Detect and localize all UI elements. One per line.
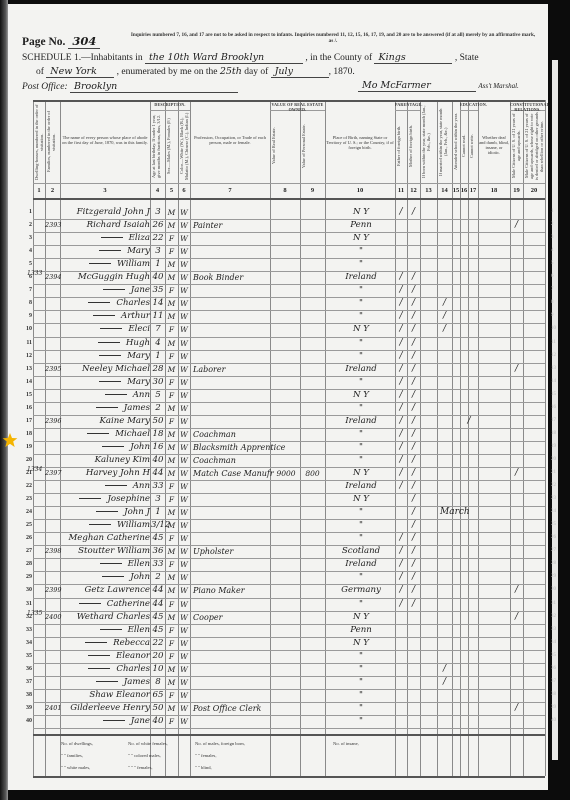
month-value: July [271,66,329,78]
dwelling-number: 1334 [27,463,42,476]
color: W [178,219,190,232]
table-row: 88Charles14MW"/// [0,297,570,310]
line-number-right: 29 [551,574,556,579]
line-number: 40 [18,718,32,724]
column-number-19: 19 [510,187,523,194]
birthplace: " [327,571,395,584]
line-number: 16 [18,405,32,411]
birthplace: " [327,284,395,297]
mark-mother-foreign: / [407,337,420,350]
person-name: Charles [62,297,150,310]
occupation: Coachman [193,454,273,467]
mark-father-foreign: / [395,415,407,428]
line-number-right: 28 [551,561,556,566]
ditto-dash [87,433,109,434]
table-row: 55William1MW" [0,258,570,271]
family-number: 2398 [45,545,62,558]
birthplace: " [327,310,395,323]
person-name: Harvey John H [62,467,150,480]
column-number-4: 4 [150,187,165,194]
table-row: 2929John2MW"// [0,571,570,584]
year-value: , 1870. [329,67,355,77]
column-number-5: 5 [165,187,178,194]
line-number-right: 23 [551,496,556,501]
ditto-dash [79,498,101,499]
person-name-text: Jane [131,285,150,295]
post-office-label: Post Office: [22,82,68,92]
mark-c19: / [510,584,523,597]
mark-mother-foreign: / [407,545,420,558]
age: 22 [151,637,165,650]
color: W [178,663,190,676]
column-header-8: Value of Real Estate. [271,112,299,180]
table-row: 2828Ellen33FWIreland// [0,558,570,571]
color: W [178,571,190,584]
mark-c19: / [510,467,523,480]
mark-c15: / [437,676,452,689]
ditto-dash [103,289,125,290]
table-row: 3737James8MW"/ [0,676,570,689]
occupation: Laborer [193,363,273,376]
person-name-text: Jane [131,716,150,726]
personal-estate-value: 800 [300,467,325,480]
line-number-right: 12 [551,353,556,358]
color: W [178,637,190,650]
color: W [178,310,190,323]
real-estate-value: 9000 [272,467,300,480]
line-number: 18 [18,431,32,437]
age: 10 [151,663,165,676]
dwelling-number: 1333 [27,267,42,280]
age: 5 [151,389,165,402]
birthplace: Germany [327,584,395,597]
person-name-text: Mary [127,377,150,387]
person-name: Eleanor [62,650,150,663]
person-name-text: Getz Lawrence [85,585,150,595]
person-name: John [62,441,150,454]
column-number-15: 15 [452,187,460,194]
person-name: Rebecca [62,637,150,650]
person-name: Stoutter William [62,545,150,558]
table-row: 2424John J1MW"/March [0,506,570,519]
birthplace: " [327,519,395,532]
line-number-right: 15 [551,392,556,397]
line-number-right: 18 [551,431,556,436]
person-name: Ellen [62,624,150,637]
mark-mother-foreign: / [407,441,420,454]
column-number-3: 3 [60,187,150,194]
person-name-text: Neeley Michael [82,364,150,374]
line-number: 14 [18,379,32,385]
column-header-13: If born within the year, state month (Ja… [421,104,436,180]
color: W [178,584,190,597]
person-name-text: Richard Isaiah [87,220,150,230]
line-number-right: 4 [551,248,554,253]
mark-mother-foreign: / [407,271,420,284]
line-number-right: 17 [551,418,556,423]
column-group-constitutional: CONSTITUTIONAL RELATIONS. [510,102,545,112]
age: 40 [151,715,165,728]
line-number-right: 30 [551,587,556,592]
column-header-18: Whether deaf and dumb, blind, insane, or… [479,135,509,165]
color: W [178,271,190,284]
sex: F [165,493,178,506]
color: W [178,415,190,428]
person-name-text: Catherine [107,599,150,609]
line-number: 29 [18,574,32,580]
column-header-1: Dwelling-houses, numbered in the order o… [34,104,44,180]
mark-mother-foreign: / [407,532,420,545]
person-name: Ann [62,480,150,493]
line-number-right: 36 [551,666,556,671]
mark-c15: / [437,663,452,676]
birthplace: " [327,337,395,350]
column-header-2: Families, numbered in the order of visit… [46,104,59,180]
sex: M [165,611,178,624]
page-number-value: 304 [68,34,100,49]
line-number: 15 [18,392,32,398]
birthplace: N Y [327,232,395,245]
ditto-dash [99,355,121,356]
ditto-dash [98,342,120,343]
line-number-right: 35 [551,653,556,658]
age: 30 [151,376,165,389]
sex: F [165,350,178,363]
person-name: Jane [62,284,150,297]
mark-father-foreign: / [395,598,407,611]
line-number-right: 2 [551,222,554,227]
mark-father-foreign: / [395,323,407,336]
summary-insane: No. of insane, [333,741,359,746]
mark-father-foreign: / [395,310,407,323]
line-number: 1 [18,209,32,215]
sex: M [165,337,178,350]
birthplace: Scotland [327,545,395,558]
table-row: 212113342397Harvey John H44MWMatch Case … [0,467,570,480]
line-number: 10 [18,326,32,332]
column-header-12: Mother of foreign birth. [408,112,419,180]
column-header-7: Profession, Occupation, or Trade of each… [191,135,269,165]
location-value: the 10th Ward Brooklyn [145,52,303,64]
mark-c15: / [437,310,452,323]
summary-box: No. of dwellings, " " families, " " whit… [33,736,545,776]
person-name-text: Josephine [107,494,150,504]
ditto-dash [100,629,122,630]
ditto-dash [102,446,124,447]
birthplace: Ireland [327,480,395,493]
mark-father-foreign: / [395,363,407,376]
age: 36 [151,545,165,558]
birthplace: " [327,689,395,702]
age: 3/12 [151,519,165,532]
sex: F [165,598,178,611]
column-header-10: Place of Birth, naming State or Territor… [326,135,394,165]
color: W [178,284,190,297]
column-number-13: 13 [420,187,437,194]
person-name-text: Ann [133,390,150,400]
column-number-11: 11 [395,187,407,194]
day-of-label: day of [244,67,268,77]
person-name-text: Eleci [128,324,150,334]
color: W [178,558,190,571]
ditto-dash [101,237,123,238]
sex: M [165,545,178,558]
line-number-right: 13 [551,366,556,371]
person-name-text: Mary [127,246,150,256]
color: W [178,206,190,219]
person-name-text: Ellen [128,559,150,569]
color: W [178,389,190,402]
sex: M [165,206,178,219]
person-name-text: Shaw Eleanor [89,690,150,700]
schedule-label: SCHEDULE 1.—Inhabitants in [22,53,143,63]
person-name: Wethard Charles [62,611,150,624]
age: 1 [151,506,165,519]
summary-females-foreign: " " females, [195,753,216,758]
sex: F [165,558,178,571]
mark-mother-foreign: / [407,363,420,376]
table-row: 44Mary3FW" [0,245,570,258]
sex: M [165,571,178,584]
color: W [178,480,190,493]
birthplace: N Y [327,389,395,402]
birthplace: N Y [327,206,395,219]
line-number-right: 6 [551,274,554,279]
summary-white-males: " " white males, [61,765,90,770]
color: W [178,493,190,506]
sex: M [165,702,178,715]
line-number-right: 3 [551,235,554,240]
age: 35 [151,284,165,297]
birthplace: " [327,663,395,676]
sex: M [165,584,178,597]
line-number: 22 [18,483,32,489]
color: W [178,519,190,532]
mark-father-foreign: / [395,284,407,297]
occupation: Piano Maker [193,584,273,597]
line-number-right: 10 [551,326,556,331]
table-row: 3535Eleanor20FW" [0,650,570,663]
ditto-dash [89,524,111,525]
table-row: 2525William3/12MW"/ [0,519,570,532]
family-number: 2397 [45,467,62,480]
occupation: Cooper [193,611,273,624]
birthplace: " [327,506,395,519]
summary-females: " " " females, [128,765,153,770]
age: 44 [151,598,165,611]
table-row: 2626Meghan Catherine45FW"// [0,532,570,545]
age: 7 [151,323,165,336]
sex: M [165,454,178,467]
age: 33 [151,558,165,571]
mark-father-foreign: / [395,350,407,363]
ditto-dash [105,394,127,395]
mark-c15: March [440,506,455,519]
column-number-10: 10 [325,187,395,194]
person-name: Kaluney Kim [62,454,150,467]
mark-c19: / [510,219,523,232]
family-number: 2394 [45,271,62,284]
mark-mother-foreign: / [407,558,420,571]
ditto-dash [99,250,121,251]
color: W [178,376,190,389]
ditto-dash [88,668,110,669]
sex: F [165,715,178,728]
enumerated-label: , enumerated by me on the [117,67,218,77]
line-number-right: 33 [551,627,556,632]
mark-mother-foreign: / [407,402,420,415]
summary-blind: " " blind, [195,765,212,770]
column-number-17: 17 [468,187,478,194]
age: 4 [151,337,165,350]
family-number: 2395 [45,363,62,376]
ditto-dash [99,381,121,382]
mark-mother-foreign: / [407,584,420,597]
mark-father-foreign: / [395,558,407,571]
line-number: 34 [18,640,32,646]
line-number: 2 [18,222,32,228]
table-row: 3434Rebecca22FWN Y [0,637,570,650]
sex: M [165,519,178,532]
mark-father-foreign: / [395,376,407,389]
person-name: Catherine [62,598,150,611]
line-number-right: 32 [551,614,556,619]
birthplace: " [327,598,395,611]
person-name: Arthur [62,310,150,323]
line-number-right: 19 [551,444,556,449]
table-row: 222393Richard Isaiah26MWPainterPenn/ [0,219,570,232]
person-name: Kaine Mary [62,415,150,428]
person-name: Mary [62,350,150,363]
column-group-real-estate: VALUE OF REAL ESTATE OWNED. [270,102,325,112]
age: 65 [151,689,165,702]
column-header-6: Color.—White (W.), Black (B.), Mulatto (… [179,112,189,180]
birthplace: " [327,297,395,310]
ditto-dash [96,511,118,512]
color: W [178,532,190,545]
line-number: 17 [18,418,32,424]
birthplace: " [327,441,395,454]
line-number-right: 1 [551,209,554,214]
mark-c16: / [460,415,478,428]
mark-father-foreign: / [395,571,407,584]
occupation: Post Office Clerk [193,702,273,715]
person-name-text: Harvey John H [86,468,150,478]
line-number: 3 [18,235,32,241]
table-row: 1818Michael18MWCoachman"// [0,428,570,441]
mark-father-foreign: / [395,402,407,415]
mark-mother-foreign: / [407,454,420,467]
table-row: 99Arthur11MW"/// [0,310,570,323]
line-number: 37 [18,679,32,685]
ditto-dash [85,642,107,643]
color: W [178,258,190,271]
person-name-text: Charles [116,664,150,674]
age: 20 [151,650,165,663]
birthplace: " [327,676,395,689]
color: W [178,402,190,415]
column-number-18: 18 [478,187,510,194]
mark-mother-foreign: / [407,493,420,506]
ditto-dash [88,655,110,656]
line-number: 24 [18,509,32,515]
line-number: 30 [18,587,32,593]
family-number: 2400 [45,611,62,624]
line-number-right: 22 [551,483,556,488]
star-icon[interactable] [2,432,18,448]
person-name-text: Hugh [126,338,150,348]
person-name-text: Ann [133,481,150,491]
line-number-right: 8 [551,300,554,305]
sex: M [165,663,178,676]
person-name-text: Michael [115,429,150,439]
person-name: John J [62,506,150,519]
county-label: , in the County of [305,53,372,63]
person-name: Gilderleeve Henry [62,702,150,715]
birthplace: " [327,258,395,271]
mark-father-foreign: / [395,428,407,441]
column-number-1: 1 [33,187,45,194]
sex: M [165,310,178,323]
person-name: James [62,402,150,415]
person-name: Jane [62,715,150,728]
birthplace: Ireland [327,415,395,428]
sex: M [165,441,178,454]
table-row: 11Fitzgerald John J3MWN Y// [0,206,570,219]
person-name: Charles [62,663,150,676]
mark-mother-foreign: / [407,310,420,323]
line-number: 19 [18,444,32,450]
ditto-dash [100,328,122,329]
color: W [178,323,190,336]
occupation: Coachman [193,428,273,441]
table-row: 17172396Kaine Mary50FWIreland/// [0,415,570,428]
person-name-text: Rebecca [113,638,150,648]
color: W [178,676,190,689]
sex: M [165,506,178,519]
person-name-text: John [130,442,150,452]
table-row: 27272398Stoutter William36MWUpholsterSco… [0,545,570,558]
line-number: 28 [18,561,32,567]
person-name-text: Kaluney Kim [95,455,150,465]
column-header-20: Male Citizens of U. S. of 21 years of ag… [524,112,544,180]
marshal-line: Mo McFarmer Ass't Marshal. [358,80,519,92]
birthplace: " [327,702,395,715]
person-name: Eliza [62,232,150,245]
state-label: , State [455,53,479,63]
birthplace: N Y [327,637,395,650]
column-header-15: Attended school within the year. [453,104,459,180]
summary-colored-males: " " colored males, [128,753,161,758]
post-office-value: Brooklyn [70,81,238,93]
color: W [178,297,190,310]
sex: M [165,467,178,480]
color: W [178,598,190,611]
sex: M [165,219,178,232]
ditto-dash [105,485,127,486]
mark-mother-foreign: / [407,480,420,493]
sex: F [165,637,178,650]
column-group-description: DESCRIPTION. [150,102,190,107]
column-header-9: Value of Personal Estate. [301,112,324,180]
person-name: Meghan Catherine [62,532,150,545]
birthplace: Ireland [327,271,395,284]
table-row: 3131Catherine44FW"// [0,598,570,611]
person-name: Richard Isaiah [62,219,150,232]
line-number: 25 [18,522,32,528]
ditto-dash [103,720,125,721]
line-number: 12 [18,353,32,359]
